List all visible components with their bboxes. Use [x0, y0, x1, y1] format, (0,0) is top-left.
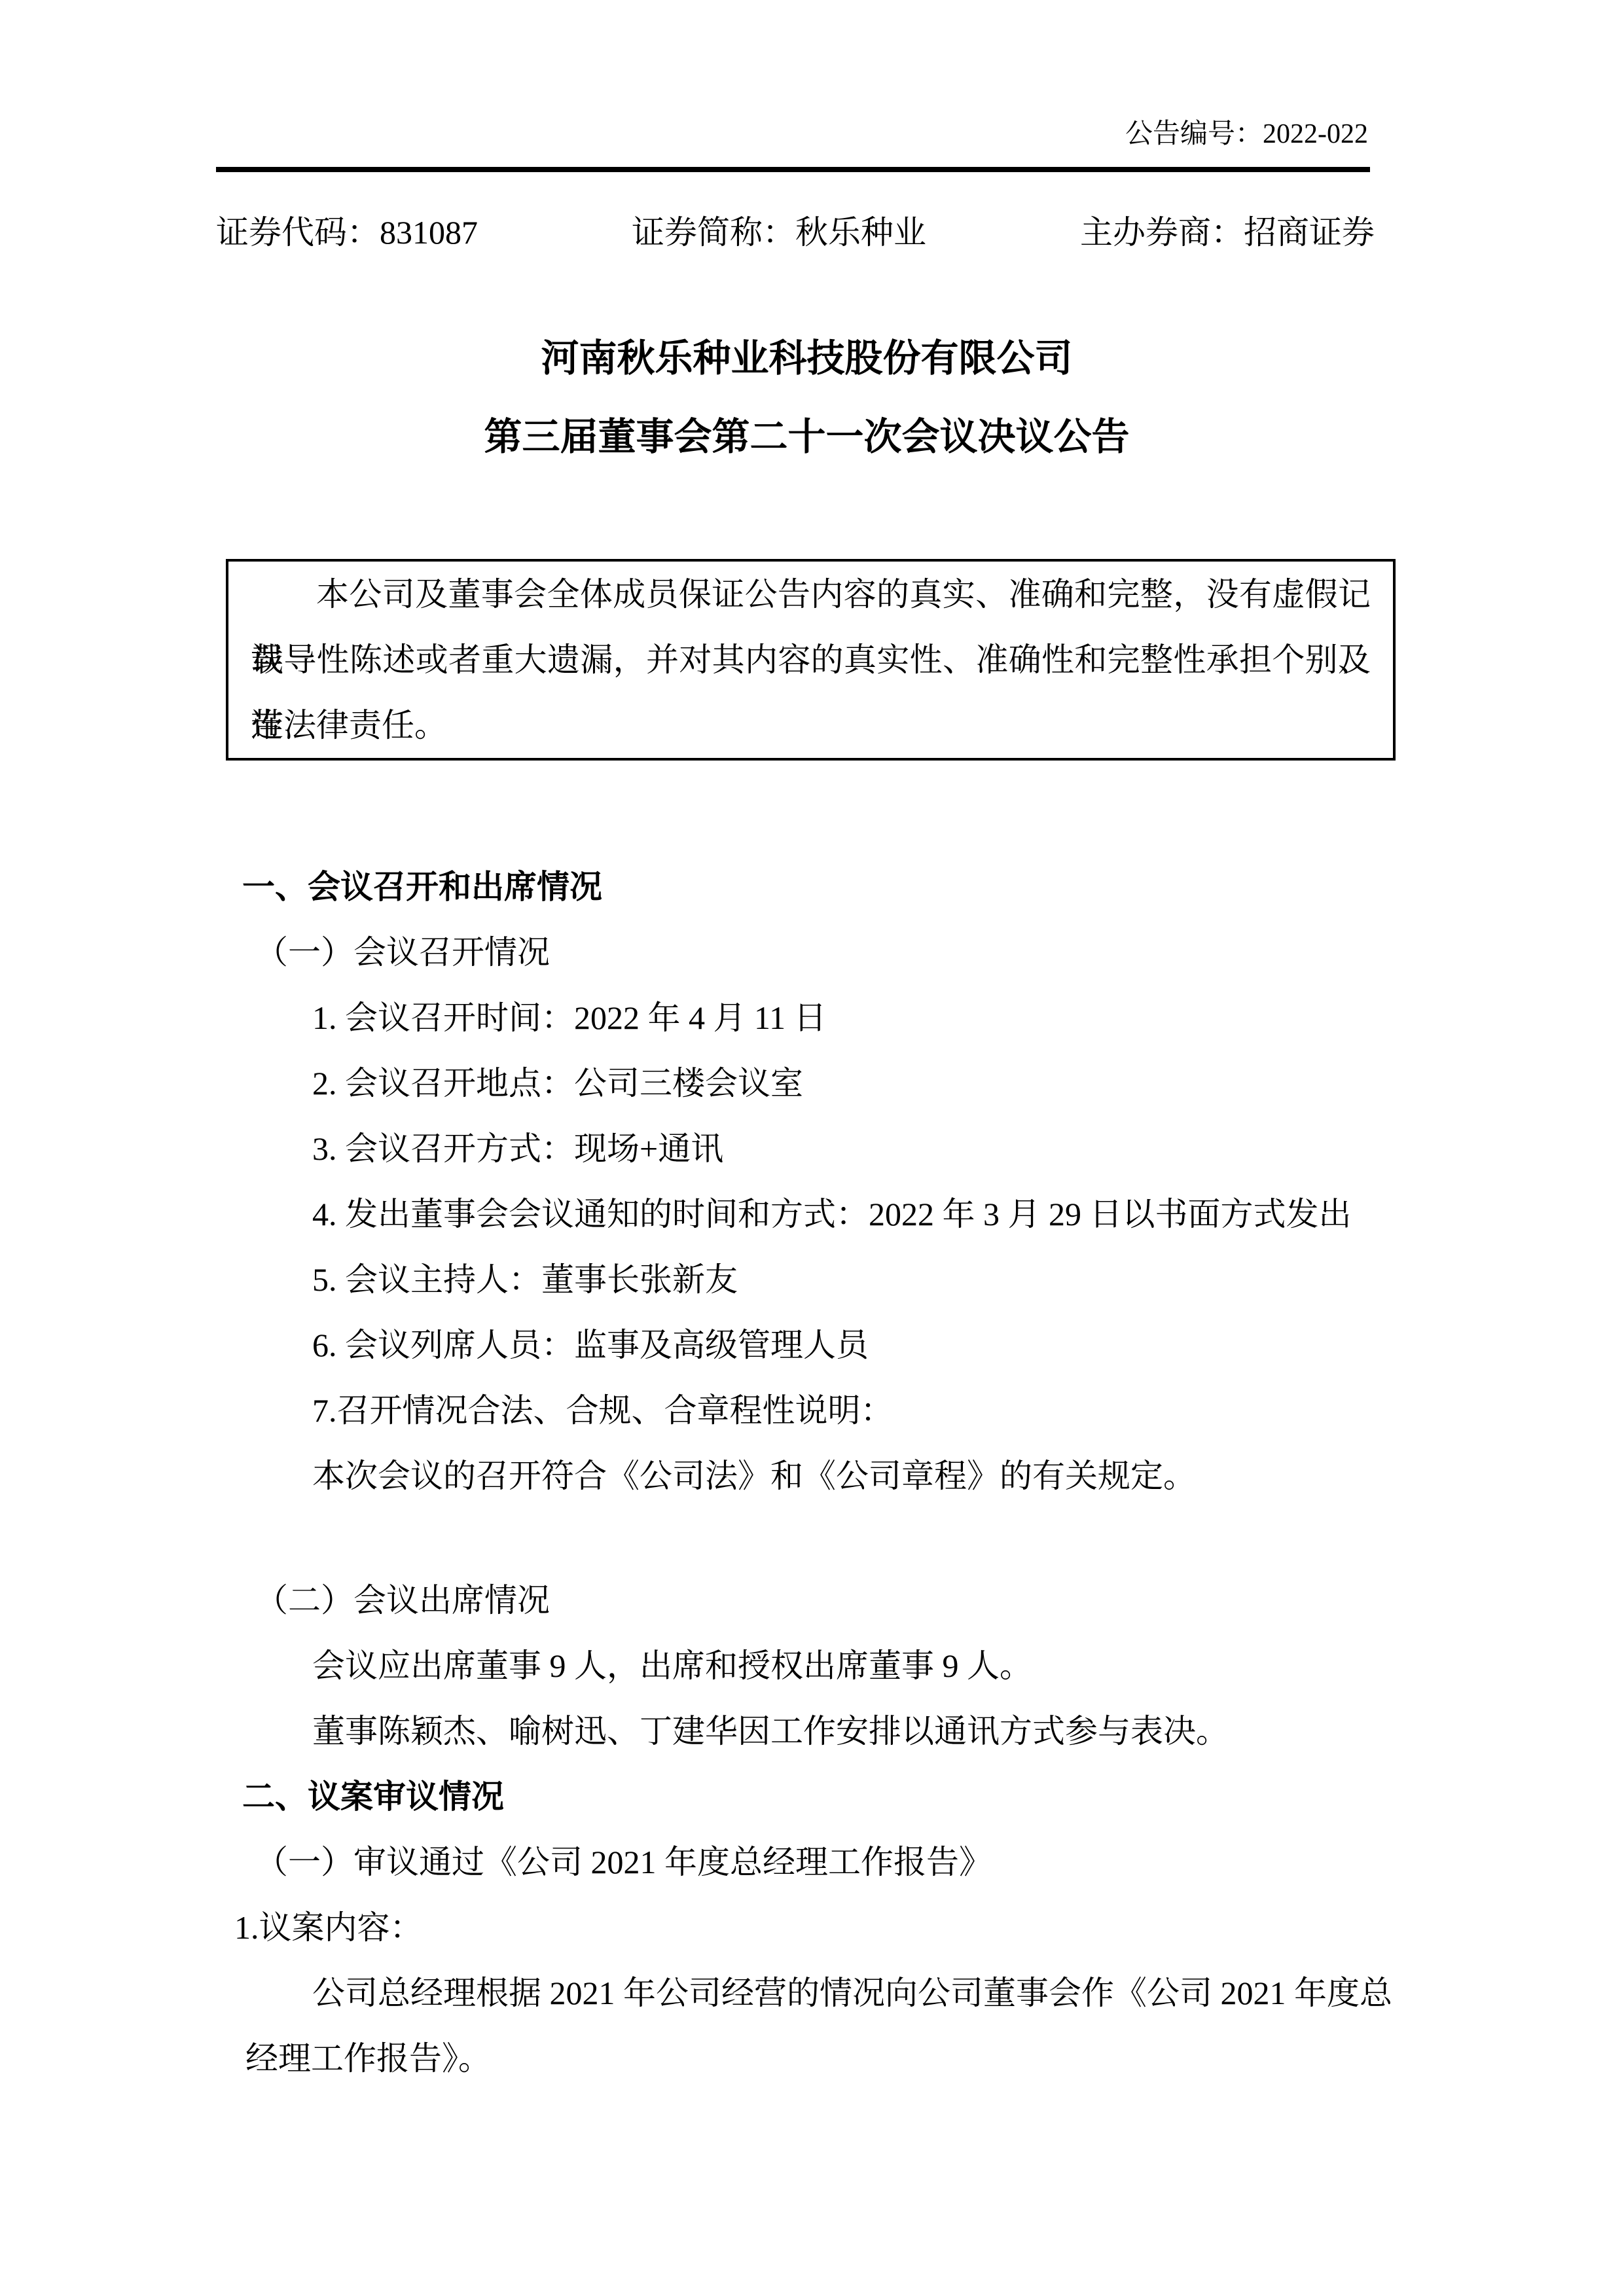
meeting-host-item: 5. 会议主持人：董事长张新友	[216, 1247, 1398, 1312]
attendance-line-1: 会议应出席董事 9 人，出席和授权出席董事 9 人。	[216, 1633, 1398, 1698]
document-body: 一、会议召开和出席情况 （一）会议召开情况 1. 会议召开时间：2022 年 4…	[216, 854, 1398, 2091]
proposal-paragraph-line-2: 经理工作报告》。	[216, 2026, 1398, 2091]
section-1-2-heading: （二）会议出席情况	[216, 1568, 1398, 1633]
legality-statement-item: 7.召开情况合法、合规、合章程性说明：	[216, 1378, 1398, 1443]
meeting-method-item: 3. 会议召开方式：现场+通讯	[216, 1116, 1398, 1181]
stock-code: 证券代码：831087	[216, 215, 478, 251]
section-2-1-heading: （一）审议通过《公司 2021 年度总经理工作报告》	[216, 1829, 1398, 1895]
stock-short-name: 证券简称：秋乐种业	[632, 215, 926, 251]
proposal-content-label: 1.议案内容：	[216, 1895, 1398, 1960]
disclaimer-line-2: 误导性陈述或者重大遗漏，并对其内容的真实性、准确性和完整性承担个别及连	[251, 627, 1371, 692]
meeting-notice-item: 4. 发出董事会会议通知的时间和方式：2022 年 3 月 29 日以书面方式发…	[216, 1181, 1398, 1247]
announcement-number: 公告编号：2022-022	[216, 118, 1398, 151]
section-2-heading: 二、议案审议情况	[216, 1764, 1398, 1829]
legality-note: 本次会议的召开符合《公司法》和《公司章程》的有关规定。	[216, 1443, 1398, 1509]
proposal-paragraph-line-1: 公司总经理根据 2021 年公司经营的情况向公司董事会作《公司 2021 年度总	[216, 1960, 1398, 2026]
section-1-heading: 一、会议召开和出席情况	[216, 854, 1398, 920]
meeting-time-item: 1. 会议召开时间：2022 年 4 月 11 日	[216, 985, 1398, 1050]
meeting-attendees-item: 6. 会议列席人员：监事及高级管理人员	[216, 1312, 1398, 1378]
company-name-title: 河南秋乐种业科技股份有限公司	[216, 336, 1398, 382]
securities-info-bar: 证券代码：831087 证券简称：秋乐种业 主办券商：招商证券	[216, 215, 1398, 251]
blank-line	[216, 1509, 1398, 1568]
attendance-line-2: 董事陈颖杰、喻树迅、丁建华因工作安排以通讯方式参与表决。	[216, 1698, 1398, 1764]
meeting-place-item: 2. 会议召开地点：公司三楼会议室	[216, 1050, 1398, 1116]
disclaimer-line-3: 带法律责任。	[251, 692, 1371, 758]
sponsor-broker: 主办券商：招商证券	[1080, 215, 1375, 251]
disclaimer-line-1: 本公司及董事会全体成员保证公告内容的真实、准确和完整，没有虚假记载、	[251, 562, 1371, 627]
disclaimer-box: 本公司及董事会全体成员保证公告内容的真实、准确和完整，没有虚假记载、 误导性陈述…	[226, 559, 1396, 761]
header-divider	[216, 167, 1370, 172]
document-page: 公告编号：2022-022 证券代码：831087 证券简称：秋乐种业 主办券商…	[0, 0, 1624, 2296]
meeting-resolution-title: 第三届董事会第二十一次会议决议公告	[216, 414, 1398, 460]
section-1-1-heading: （一）会议召开情况	[216, 920, 1398, 985]
